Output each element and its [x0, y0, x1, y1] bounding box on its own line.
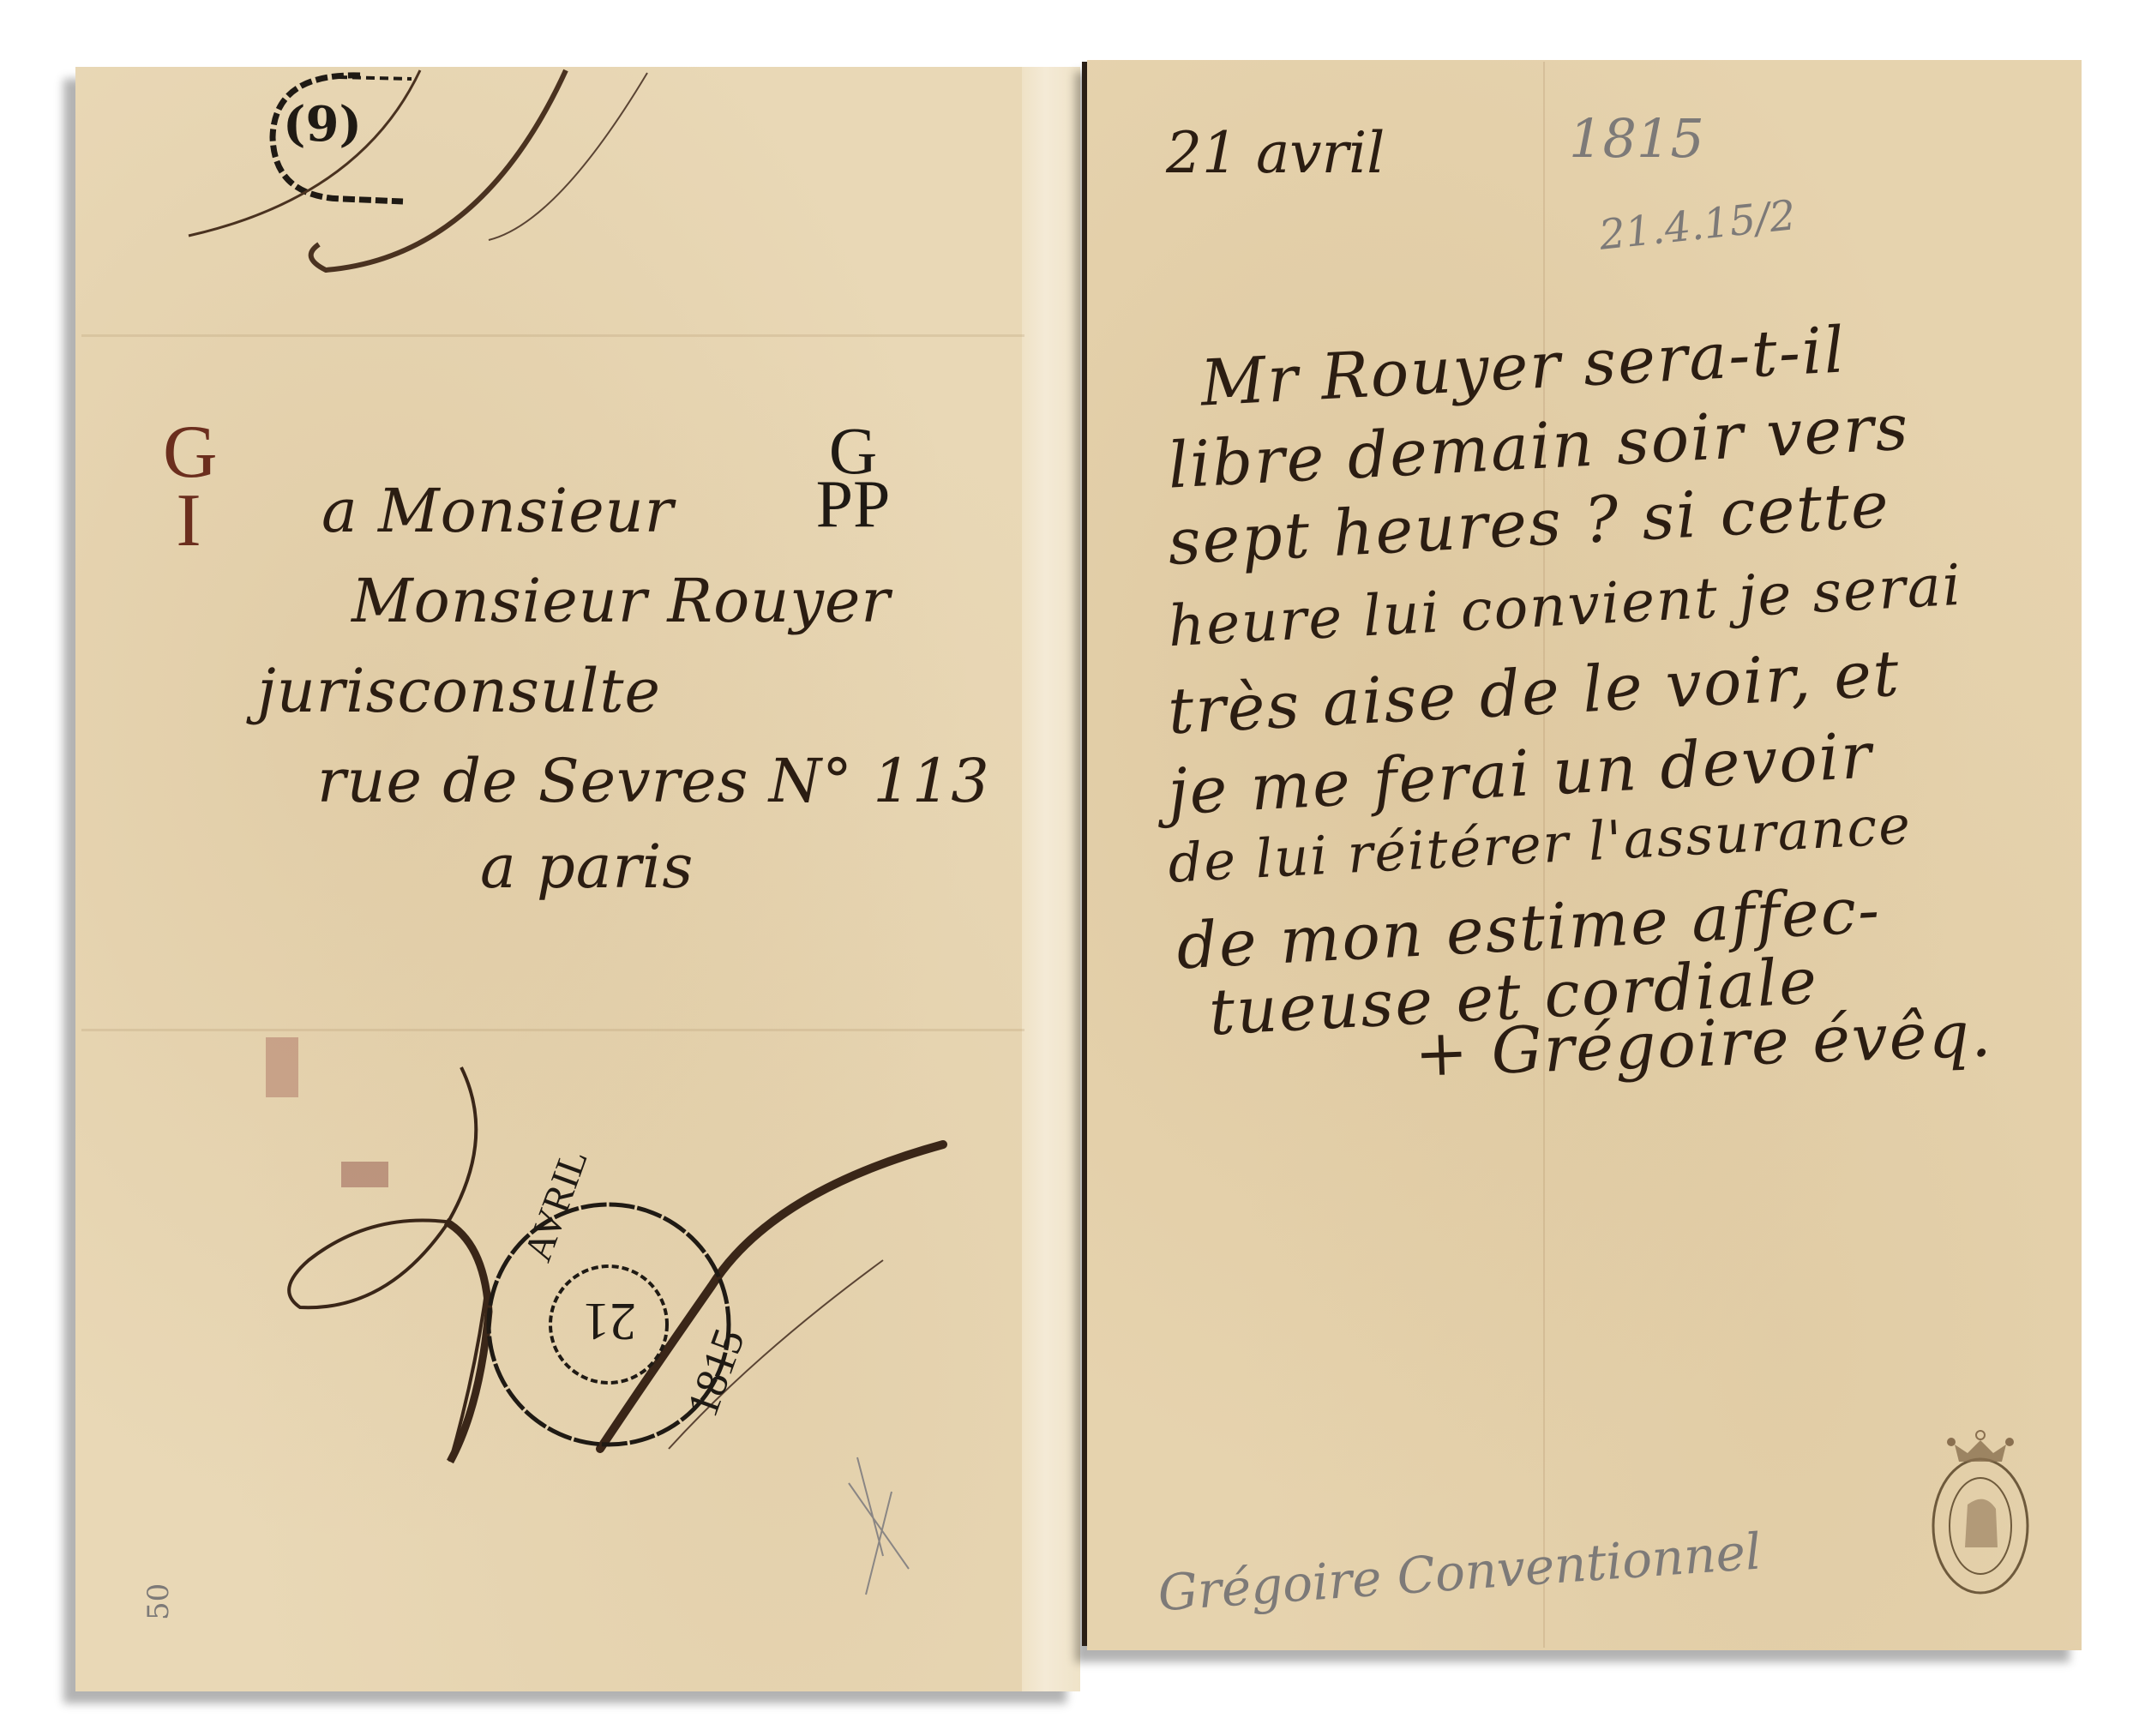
red-postal-stamp: G I [163, 418, 214, 556]
pencil-year: 1815 [1569, 107, 1704, 170]
stamp-letters-pp: PP [806, 478, 900, 531]
stamp-letter-g: G [163, 418, 214, 487]
postal-mark-number: (9) [283, 96, 362, 153]
address-line: rue de Sevres N° 113 [317, 746, 990, 816]
address-line: jurisconsulte [257, 656, 661, 726]
postmark-day: 21 [583, 1290, 636, 1351]
address-line: Monsieur Rouyer [351, 566, 891, 636]
library-stamp [1933, 1431, 2028, 1593]
stamp-letter-i: I [163, 487, 214, 556]
black-postal-stamp: G PP [806, 424, 900, 531]
pencil-number: 50 [141, 1583, 176, 1620]
letter-date: 21 avril [1166, 120, 1385, 186]
address-line: a Monsieur [321, 476, 674, 546]
address-line: a paris [480, 832, 694, 902]
ink-strokes [0, 0, 2145, 1736]
